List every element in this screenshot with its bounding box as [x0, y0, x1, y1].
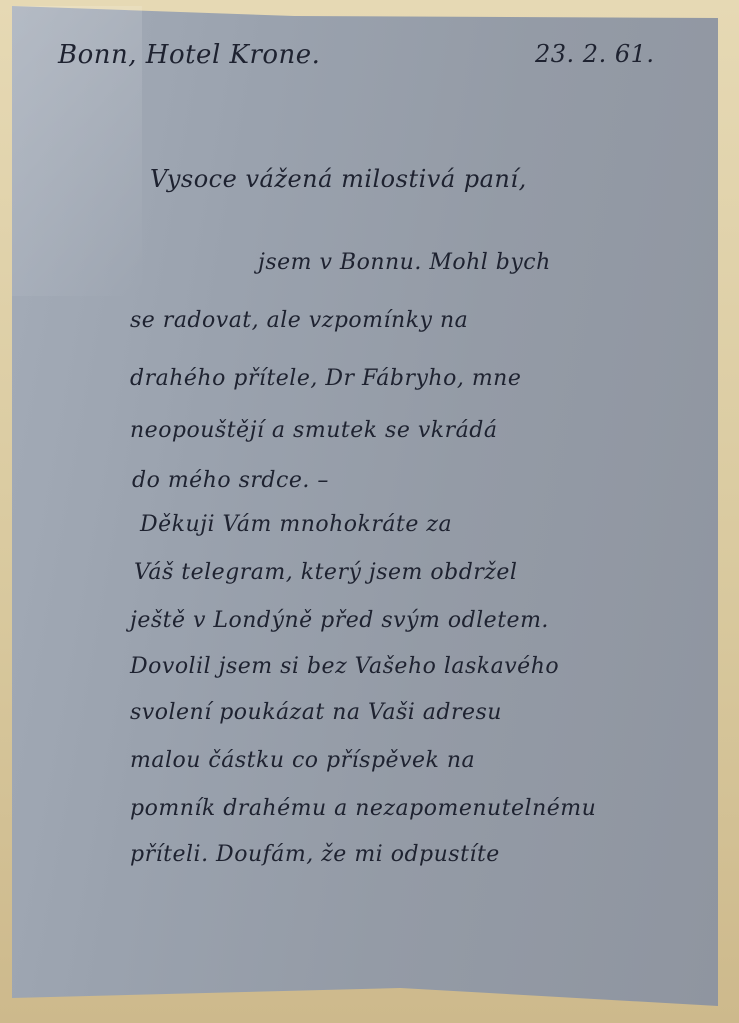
- body-line: drahého přítele, Dr Fábryho, mne: [130, 366, 521, 391]
- body-line: Dovolil jsem si bez Vašeho laskavého: [130, 654, 559, 679]
- body-line: příteli. Doufám, že mi odpustíte: [130, 842, 500, 867]
- body-line: jsem v Bonnu. Mohl bych: [258, 250, 551, 275]
- body-line: malou částku co příspěvek na: [130, 748, 475, 773]
- letter-salutation: Vysoce vážená milostivá paní,: [150, 165, 527, 193]
- body-line: svolení poukázat na Vaši adresu: [130, 700, 502, 725]
- body-line: do mého srdce. –: [132, 468, 329, 493]
- letter-date: 23. 2. 61.: [535, 40, 655, 68]
- body-line: ještě v Londýně před svým odletem.: [130, 608, 549, 633]
- body-line: pomník drahému a nezapomenutelnému: [130, 796, 596, 821]
- body-line: Váš telegram, který jsem obdržel: [134, 560, 517, 585]
- body-line: neopouštějí a smutek se vkrádá: [130, 418, 497, 443]
- letter-place: Bonn, Hotel Krone.: [58, 40, 320, 70]
- body-line: se radovat, ale vzpomínky na: [130, 308, 468, 333]
- body-line: Děkuji Vám mnohokráte za: [140, 512, 452, 537]
